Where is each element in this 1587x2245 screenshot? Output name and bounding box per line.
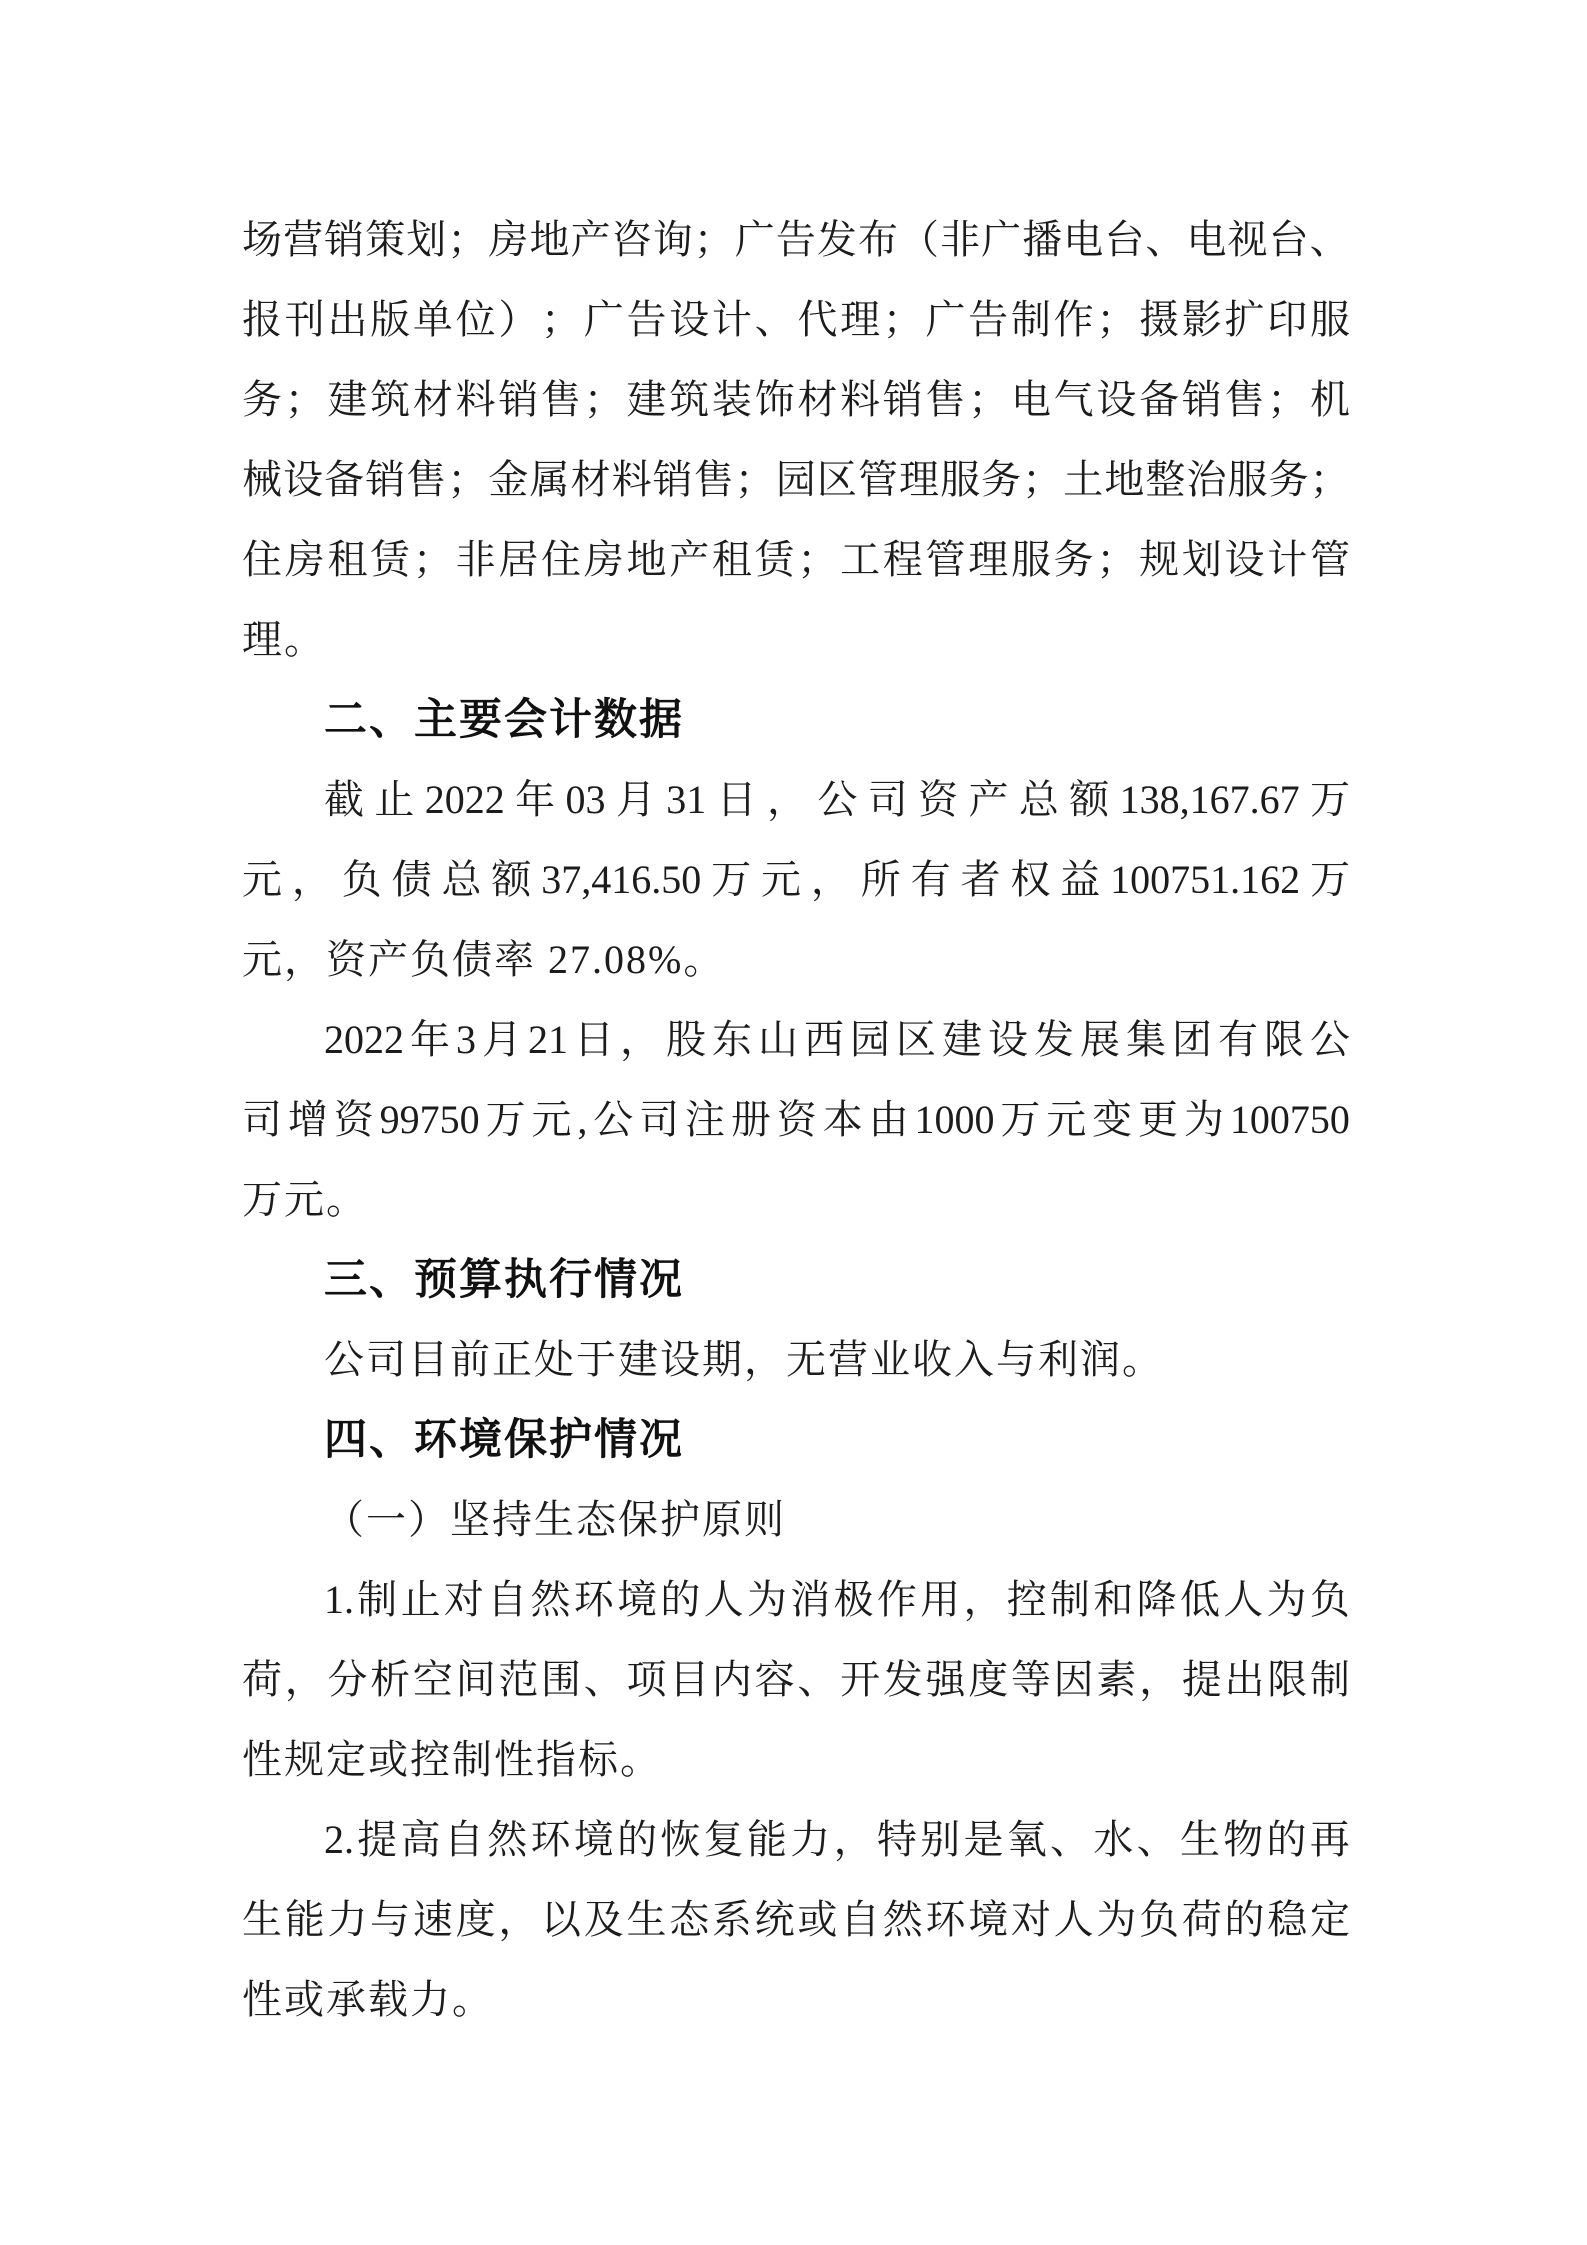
text-token: 管 xyxy=(1310,520,1350,600)
text-token: 理 xyxy=(968,520,1008,600)
text-token: ； xyxy=(285,360,325,440)
text-token: 负 xyxy=(1310,1560,1350,1640)
text-token: 、 xyxy=(755,280,795,360)
text-token: 股 xyxy=(666,1000,706,1080)
text-token: 影 xyxy=(1182,280,1222,360)
text-token: 区 xyxy=(896,1000,936,1080)
text-token: 21 xyxy=(528,1000,568,1080)
text-token: 统 xyxy=(755,1880,795,1960)
text-token: 速 xyxy=(413,1880,453,1960)
text-token: 备 xyxy=(1139,360,1179,440)
text-token: 地 xyxy=(529,200,569,280)
text-token: 能 xyxy=(285,1880,325,1960)
text-token: 为 xyxy=(1267,1560,1307,1640)
text-token: 为 xyxy=(1096,1880,1136,1960)
text-line: 性规定或控制性指标。 xyxy=(242,1720,1350,1800)
text-token: 和 xyxy=(1093,1560,1133,1640)
text-token: ； xyxy=(447,200,487,280)
text-token: 房 xyxy=(488,200,528,280)
text-token: 计 xyxy=(712,280,752,360)
text-token: 总 xyxy=(442,840,482,920)
text-token: 月 xyxy=(616,760,656,840)
text-token: 限 xyxy=(1267,1640,1307,1720)
text-token: 或 xyxy=(797,1880,837,1960)
text-token: 告 xyxy=(968,280,1008,360)
text-token: 扩 xyxy=(1225,280,1265,360)
text-token: 广 xyxy=(926,280,966,360)
text-token: 筑 xyxy=(669,360,709,440)
text-token: 由 xyxy=(869,1080,909,1160)
text-token: 园 xyxy=(850,1000,890,1080)
text-token: 的 xyxy=(617,1800,657,1880)
text-token: 用 xyxy=(920,1560,960,1640)
text-token: , xyxy=(577,1080,587,1160)
text-token: 展 xyxy=(1080,1000,1120,1080)
text-token: ； xyxy=(1022,440,1062,520)
text-token: 赁 xyxy=(755,520,795,600)
text-line: （一）坚持生态保护原则 xyxy=(242,1480,1350,1560)
text-token: 摄 xyxy=(1139,280,1179,360)
text-token: 料 xyxy=(612,440,652,520)
text-token: 以 xyxy=(541,1880,581,1960)
text-token: 、 xyxy=(1310,200,1350,280)
text-token: ； xyxy=(1096,280,1136,360)
text-token: 年 xyxy=(515,760,555,840)
text-token: 备 xyxy=(324,440,364,520)
text-token: 理 xyxy=(840,280,880,360)
text-token: ， xyxy=(620,1000,660,1080)
text-token: 电 xyxy=(1186,200,1226,280)
text-token: 土 xyxy=(1063,440,1103,520)
text-token: 广 xyxy=(584,280,624,360)
text-token: ， xyxy=(767,760,807,840)
text-token: 自 xyxy=(487,1560,527,1640)
text-token: 住 xyxy=(242,520,282,600)
text-token: 材 xyxy=(571,440,611,520)
text-token: 是 xyxy=(963,1800,1003,1880)
text-token: 团 xyxy=(1172,1000,1212,1080)
text-token: 为 xyxy=(1184,1080,1224,1160)
text-token: ， xyxy=(285,1640,325,1720)
text-token: 自 xyxy=(444,1800,484,1880)
text-token: 理 xyxy=(899,440,939,520)
text-token: 与 xyxy=(370,1880,410,1960)
text-token: 态 xyxy=(669,1880,709,1960)
text-token: 限 xyxy=(1264,1000,1304,1080)
text-token: 度 xyxy=(968,1640,1008,1720)
text-token: 售 xyxy=(541,360,581,440)
text-token: 咨 xyxy=(612,200,652,280)
document-page: 场营销策划；房地产咨询；广告发布（非广播电台、电视台、报刊出版单位）；广告设计、… xyxy=(0,0,1587,2245)
text-token: 单 xyxy=(413,280,453,360)
text-token: 居 xyxy=(498,520,538,600)
text-line: 公司目前正处于建设期，无营业收入与利润。 xyxy=(242,1320,1350,1400)
text-token: 整 xyxy=(1145,440,1185,520)
text-line: 生能力与速度，以及生态系统或自然环境对人为负荷的稳定 xyxy=(242,1880,1350,1960)
text-token: 然 xyxy=(530,1560,570,1640)
text-token: 2022 xyxy=(425,760,505,840)
text-token: 围 xyxy=(541,1640,581,1720)
text-token: 视 xyxy=(1228,200,1268,280)
text-token: 范 xyxy=(498,1640,538,1720)
text-token: 设 xyxy=(1096,360,1136,440)
text-token: 境 xyxy=(617,1560,657,1640)
text-token: 地 xyxy=(626,520,666,600)
text-line: 住房租赁；非居住房地产租赁；工程管理服务；规划设计管 xyxy=(242,520,1350,600)
text-token: 管 xyxy=(858,440,898,520)
text-token: 产 xyxy=(969,760,1009,840)
text-token: 负 xyxy=(342,840,382,920)
text-token: ； xyxy=(1267,360,1307,440)
text-token: ； xyxy=(968,360,1008,440)
text-token: 总 xyxy=(1019,760,1059,840)
text-token: 度 xyxy=(456,1880,496,1960)
section-heading: 四、环境保护情况 xyxy=(242,1400,1350,1480)
text-token: 服 xyxy=(1011,520,1051,600)
text-token: ； xyxy=(413,520,453,600)
text-token: 元 xyxy=(761,840,801,920)
text-token: 环 xyxy=(530,1800,570,1880)
text-token: 设 xyxy=(1225,520,1265,600)
text-token: 分 xyxy=(327,1640,367,1720)
text-token: 计 xyxy=(1267,520,1307,600)
text-token: 者 xyxy=(961,840,1001,920)
text-token: 1. xyxy=(324,1560,354,1640)
text-token: ； xyxy=(694,200,734,280)
text-token: 租 xyxy=(327,520,367,600)
text-token: 、 xyxy=(1145,200,1185,280)
text-token: 公 xyxy=(1310,1000,1350,1080)
text-token: 为 xyxy=(747,1560,787,1640)
text-token: 发 xyxy=(883,1640,923,1720)
text-token: 划 xyxy=(1182,520,1222,600)
text-token: 售 xyxy=(926,360,966,440)
text-line: 2022年3月21日，股东山西园区建设发展集团有限公 xyxy=(242,1000,1350,1080)
text-token: ， xyxy=(292,840,332,920)
text-token: 司 xyxy=(868,760,908,840)
text-token: ； xyxy=(797,520,837,600)
text-token: 荷 xyxy=(242,1640,282,1720)
text-token: 100750 xyxy=(1230,1080,1350,1160)
text-token: 房 xyxy=(584,520,624,600)
text-token: 西 xyxy=(804,1000,844,1080)
text-token: 注 xyxy=(685,1080,725,1160)
text-token: ） xyxy=(498,280,538,360)
text-token: 止 xyxy=(401,1560,441,1640)
text-token: 资 xyxy=(918,760,958,840)
text-token: ， xyxy=(1139,1640,1179,1720)
text-token: ； xyxy=(883,280,923,360)
text-token: 售 xyxy=(694,440,734,520)
text-token: 司 xyxy=(639,1080,679,1160)
text-token: 册 xyxy=(731,1080,771,1160)
text-token: 料 xyxy=(840,360,880,440)
text-token: ， xyxy=(498,1880,538,1960)
text-token: 服 xyxy=(1228,440,1268,520)
text-token: 械 xyxy=(242,440,282,520)
text-token: 的 xyxy=(1267,1800,1307,1880)
text-token: 开 xyxy=(840,1640,880,1720)
text-token: 人 xyxy=(704,1560,744,1640)
text-token: ， xyxy=(811,840,851,920)
text-token: 工 xyxy=(840,520,880,600)
text-token: 作 xyxy=(1054,280,1094,360)
text-line: 元，资产负债率 27.08%。 xyxy=(242,920,1350,1000)
text-token: 然 xyxy=(883,1880,923,1960)
text-token: 1000 xyxy=(914,1080,994,1160)
text-token: 100751.162 xyxy=(1110,840,1300,920)
text-line: 万元。 xyxy=(242,1160,1350,1240)
text-token: 销 xyxy=(498,360,538,440)
text-token: 提 xyxy=(357,1800,397,1880)
text-token: 建 xyxy=(626,360,666,440)
text-token: 复 xyxy=(704,1800,744,1880)
text-token: 截 xyxy=(324,760,364,840)
text-token: 策 xyxy=(365,200,405,280)
text-token: 制 xyxy=(1011,280,1051,360)
text-token: 管 xyxy=(926,520,966,600)
text-token: 元 xyxy=(1046,1080,1086,1160)
text-token: 产 xyxy=(669,520,709,600)
text-token: 作 xyxy=(877,1560,917,1640)
text-line: 理。 xyxy=(242,600,1350,680)
text-token: 消 xyxy=(790,1560,830,1640)
text-token: 2. xyxy=(324,1800,354,1880)
text-token: 询 xyxy=(653,200,693,280)
text-token: 台 xyxy=(1104,200,1144,280)
text-token: 、 xyxy=(797,1640,837,1720)
text-token: 所 xyxy=(861,840,901,920)
text-token: 自 xyxy=(840,1880,880,1960)
text-token: 债 xyxy=(392,840,432,920)
text-token: 位 xyxy=(456,280,496,360)
text-token: 的 xyxy=(1225,1880,1265,1960)
text-token: 别 xyxy=(920,1800,960,1880)
text-token: 额 xyxy=(491,840,531,920)
text-token: 、 xyxy=(1137,1800,1177,1880)
text-token: 建 xyxy=(942,1000,982,1080)
text-token: 电 xyxy=(1011,360,1051,440)
text-token: 万 xyxy=(1310,760,1350,840)
text-token: 营 xyxy=(283,200,323,280)
text-token: 日 xyxy=(574,1000,614,1080)
text-token: 售 xyxy=(1225,360,1265,440)
text-token: 场 xyxy=(242,200,282,280)
text-token: 建 xyxy=(327,360,367,440)
text-token: 销 xyxy=(653,440,693,520)
text-token: 广 xyxy=(981,200,1021,280)
text-token: 力 xyxy=(790,1800,830,1880)
text-token: 住 xyxy=(541,520,581,600)
text-token: 有 xyxy=(911,840,951,920)
text-line: 械设备销售；金属材料销售；园区管理服务；土地整治服务； xyxy=(242,440,1350,520)
text-token: 本 xyxy=(823,1080,863,1160)
text-token: 饰 xyxy=(755,360,795,440)
text-token: 台 xyxy=(1269,200,1309,280)
text-token: 治 xyxy=(1186,440,1226,520)
text-token: 发 xyxy=(1034,1000,1074,1080)
text-token: 负 xyxy=(1139,1880,1179,1960)
text-token: 非 xyxy=(940,200,980,280)
text-token: ； xyxy=(735,440,775,520)
text-token: 设 xyxy=(283,440,323,520)
text-token: 设 xyxy=(988,1000,1028,1080)
text-token: 因 xyxy=(1054,1640,1094,1720)
text-token: 氧 xyxy=(1007,1800,1047,1880)
text-token: 万 xyxy=(486,1080,526,1160)
text-token: 出 xyxy=(1225,1640,1265,1720)
text-token: 务 xyxy=(1054,520,1094,600)
text-token: 析 xyxy=(370,1640,410,1720)
text-token: ； xyxy=(1096,520,1136,600)
text-token: 高 xyxy=(401,1800,441,1880)
text-token: 的 xyxy=(660,1560,700,1640)
text-token: 人 xyxy=(1054,1880,1094,1960)
text-token: 强 xyxy=(926,1640,966,1720)
text-token: 环 xyxy=(926,1880,966,1960)
text-token: 气 xyxy=(1054,360,1094,440)
text-token: 务 xyxy=(1269,440,1309,520)
text-token: 生 xyxy=(242,1880,282,1960)
text-token: 03 xyxy=(566,760,606,840)
text-token: 及 xyxy=(584,1880,624,1960)
text-line: 元，负债总额37,416.50万元，所有者权益100751.162万 xyxy=(242,840,1350,920)
text-token: 提 xyxy=(1182,1640,1222,1720)
text-token: 元 xyxy=(242,840,282,920)
text-token: 物 xyxy=(1223,1800,1263,1880)
text-token: 制 xyxy=(1050,1560,1090,1640)
text-token: 装 xyxy=(712,360,752,440)
text-token: 资 xyxy=(334,1080,374,1160)
text-token: 设 xyxy=(669,280,709,360)
text-token: 低 xyxy=(1180,1560,1220,1640)
text-token: 目 xyxy=(669,1640,709,1720)
text-token: 权 xyxy=(1010,840,1050,920)
text-token: 月 xyxy=(482,1000,522,1080)
text-token: 规 xyxy=(1139,520,1179,600)
text-token: 、 xyxy=(584,1640,624,1720)
text-token: 容 xyxy=(755,1640,795,1720)
text-token: 万 xyxy=(711,840,751,920)
text-token: 系 xyxy=(712,1880,752,1960)
text-token: 程 xyxy=(883,520,923,600)
text-token: 地 xyxy=(1104,440,1144,520)
text-token: 更 xyxy=(1138,1080,1178,1160)
text-line: 场营销策划；房地产咨询；广告发布（非广播电台、电视台、 xyxy=(242,200,1350,280)
text-token: 产 xyxy=(571,200,611,280)
text-token: 发 xyxy=(817,200,857,280)
text-token: 报 xyxy=(242,280,282,360)
text-token: 销 xyxy=(324,200,364,280)
text-token: 销 xyxy=(1182,360,1222,440)
text-token: 电 xyxy=(1063,200,1103,280)
text-token: 服 xyxy=(1310,280,1350,360)
text-token: 稳 xyxy=(1267,1880,1307,1960)
text-token: 极 xyxy=(834,1560,874,1640)
text-token: 日 xyxy=(717,760,757,840)
text-token: 控 xyxy=(1007,1560,1047,1640)
text-token: 划 xyxy=(406,200,446,280)
text-token: 生 xyxy=(1180,1800,1220,1880)
text-token: 机 xyxy=(1310,360,1350,440)
text-token: 务 xyxy=(242,360,282,440)
text-token: 金 xyxy=(488,440,528,520)
text-token: 万 xyxy=(1000,1080,1040,1160)
text-token: 37,416.50 xyxy=(541,840,701,920)
text-token: ； xyxy=(541,280,581,360)
text-token: 租 xyxy=(712,520,752,600)
text-token: 元 xyxy=(531,1080,571,1160)
text-token: 东 xyxy=(712,1000,752,1080)
text-line: 司增资99750万元,公司注册资本由1000万元变更为100750 xyxy=(242,1080,1350,1160)
text-token: 务 xyxy=(981,440,1021,520)
text-token: 赁 xyxy=(370,520,410,600)
text-token: 特 xyxy=(877,1800,917,1880)
text-token: 销 xyxy=(883,360,923,440)
text-token: 司 xyxy=(242,1080,282,1160)
text-token: 素 xyxy=(1096,1640,1136,1720)
text-line: 荷，分析空间范围、项目内容、开发强度等因素，提出限制 xyxy=(242,1640,1350,1720)
text-token: 99750 xyxy=(380,1080,480,1160)
text-token: 2022 xyxy=(324,1000,404,1080)
text-token: 空 xyxy=(413,1640,453,1720)
text-token: 31 xyxy=(666,760,706,840)
text-token: 集 xyxy=(1126,1000,1166,1080)
text-token: 播 xyxy=(1022,200,1062,280)
text-token: 荷 xyxy=(1182,1880,1222,1960)
text-token: 内 xyxy=(712,1640,752,1720)
text-token: 再 xyxy=(1310,1800,1350,1880)
text-token: 印 xyxy=(1267,280,1307,360)
text-token: 止 xyxy=(374,760,414,840)
text-token: 对 xyxy=(444,1560,484,1640)
text-token: 万 xyxy=(1310,840,1350,920)
text-token: 公 xyxy=(593,1080,633,1160)
text-token: 筑 xyxy=(370,360,410,440)
text-token: 境 xyxy=(968,1880,1008,1960)
text-token: 增 xyxy=(288,1080,328,1160)
text-token: ； xyxy=(447,440,487,520)
text-token: 、 xyxy=(1050,1800,1090,1880)
text-line: 截止2022年03月31日，公司资产总额138,167.67万 xyxy=(242,760,1350,840)
text-token: 变 xyxy=(1092,1080,1132,1160)
text-token: 刊 xyxy=(285,280,325,360)
text-column: 场营销策划；房地产咨询；广告发布（非广播电台、电视台、报刊出版单位）；广告设计、… xyxy=(242,200,1350,2040)
text-token: 对 xyxy=(1011,1880,1051,1960)
text-token: 生 xyxy=(626,1880,666,1960)
text-line: 性或承载力。 xyxy=(242,1960,1350,2040)
text-token: 房 xyxy=(285,520,325,600)
text-token: ， xyxy=(834,1800,874,1880)
text-token: 能 xyxy=(747,1800,787,1880)
text-token: 售 xyxy=(406,440,446,520)
text-line: 1.制止对自然环境的人为消极作用，控制和降低人为负 xyxy=(242,1560,1350,1640)
text-token: ， xyxy=(963,1560,1003,1640)
text-line: 2.提高自然环境的恢复能力，特别是氧、水、生物的再 xyxy=(242,1800,1350,1880)
text-token: 制 xyxy=(1310,1640,1350,1720)
text-token: ； xyxy=(1310,440,1350,520)
text-token: 人 xyxy=(1223,1560,1263,1640)
text-token: 水 xyxy=(1093,1800,1133,1880)
text-token: 有 xyxy=(1218,1000,1258,1080)
text-token: 额 xyxy=(1069,760,1109,840)
text-line: 务；建筑材料销售；建筑装饰材料销售；电气设备销售；机 xyxy=(242,360,1350,440)
text-token: 园 xyxy=(776,440,816,520)
text-token: 材 xyxy=(413,360,453,440)
text-token: 制 xyxy=(357,1560,397,1640)
text-token: 版 xyxy=(370,280,410,360)
text-token: 区 xyxy=(817,440,857,520)
